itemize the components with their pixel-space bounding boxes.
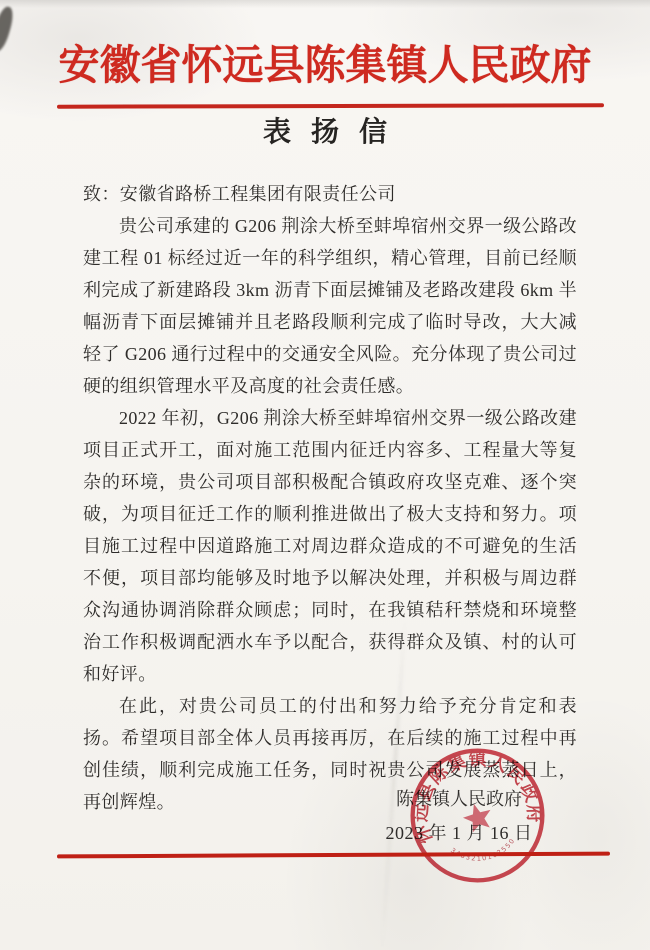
scanned-letter-page: 安徽省怀远县陈集镇人民政府 表扬信 致：安徽省路桥工程集团有限责任公司 贵公司承… (0, 0, 650, 950)
seal-star-icon (460, 800, 495, 834)
official-seal-graphic: 怀远县陈集镇人民政府 3403210102550 (396, 734, 559, 897)
paragraph-1: 贵公司承建的 G206 荆涂大桥至蚌埠宿州交界一级公路改建工程 01 标经过近一… (83, 210, 577, 402)
official-seal: 怀远县陈集镇人民政府 3403210102550 (396, 734, 559, 897)
letterhead-rule (57, 103, 604, 108)
letter-body: 致：安徽省路桥工程集团有限责任公司 贵公司承建的 G206 荆涂大桥至蚌埠宿州交… (83, 178, 577, 818)
letter-title: 表扬信 (0, 116, 650, 150)
recipient-line: 致：安徽省路桥工程集团有限责任公司 (83, 178, 577, 210)
letterhead-org-title: 安徽省怀远县陈集镇人民政府 (0, 42, 650, 89)
paragraph-2: 2022 年初，G206 荆涂大桥至蚌埠宿州交界一级公路改建项目正式开工，面对施… (83, 402, 577, 690)
scan-edge-shadow (0, 0, 650, 8)
